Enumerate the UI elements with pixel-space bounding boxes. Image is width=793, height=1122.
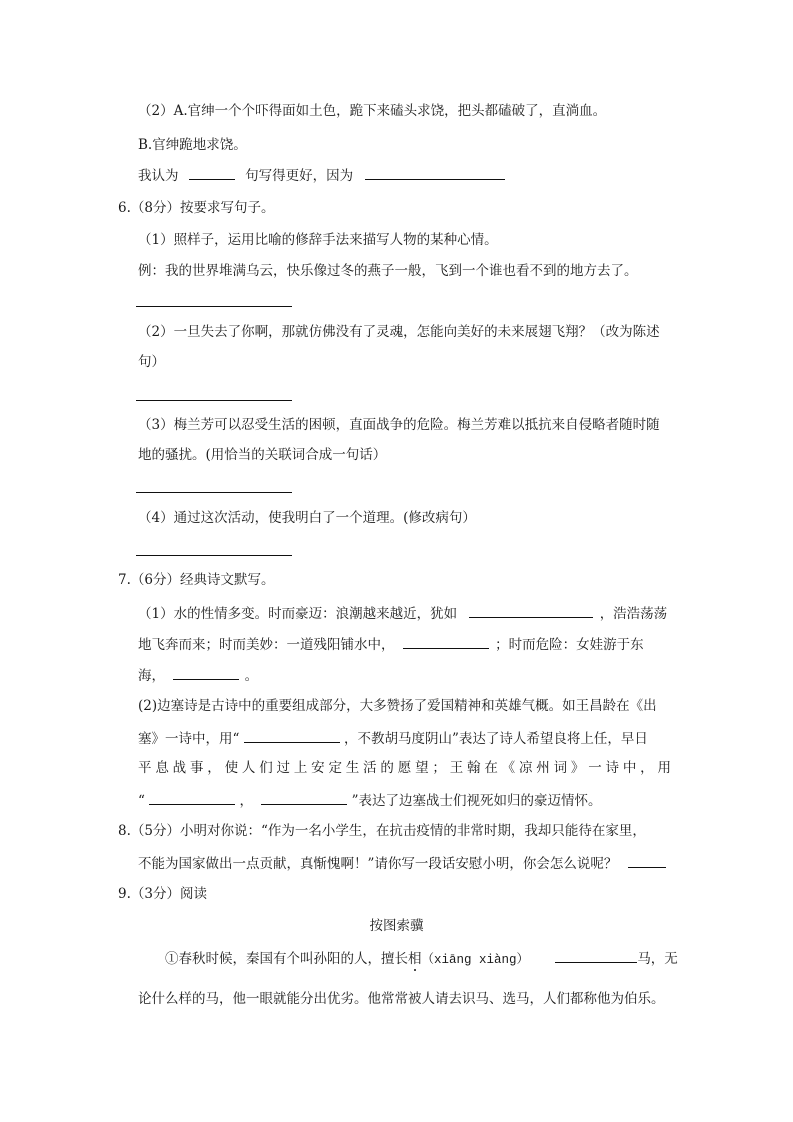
q7-blank-3[interactable] xyxy=(173,665,239,680)
q7-p2-text-e: ”表达了边塞战士们视死如归的豪迈情怀。 xyxy=(352,793,602,809)
q5-option-a: （2）A.官绅一个个吓得面如土色，跪下来磕头求饶，把头都磕破了，直淌血。 xyxy=(138,102,606,120)
q7-p2-line2: 塞》一诗中，用“ ，不教胡马度阴山”表达了诗人希望良将上任，早日 xyxy=(138,728,648,748)
q9-para1-text-a: ①春秋时候，秦国有个叫孙阳的人，擅长 xyxy=(165,951,408,967)
q6-p3-answer-blank[interactable] xyxy=(136,492,292,493)
q8-text: 不能为国家做出一点贡献，真惭愧啊！”请你写一段话安慰小明，你会怎么说呢？ xyxy=(138,856,617,872)
q8-line2: 不能为国家做出一点贡献，真惭愧啊！”请你写一段话安慰小明，你会怎么说呢？ xyxy=(138,853,666,873)
q9-heading: 9.（3分）阅读 xyxy=(118,885,207,903)
q6-heading: 6.（8分）按要求写句子。 xyxy=(118,199,274,217)
q7-p1-text-d: ；时而危险：女娃游于东 xyxy=(495,637,644,653)
q7-blank-6[interactable] xyxy=(261,790,347,805)
q8-answer-blank[interactable] xyxy=(628,853,666,868)
q7-p1-line1: （1）水的性情多变。时而豪迈：浪潮越来越近，犹如 ，浩浩荡荡 xyxy=(138,603,667,623)
q7-p1-line3: 海， 。 xyxy=(138,665,258,685)
q9-para1-line2: 论什么样的马，他一眼就能分出优劣。他常常被人请去识马、选马，人们都称他为伯乐。 xyxy=(138,990,665,1008)
q6-p2-line1: （2）一旦失去了你啊，那就仿佛没有了灵魂，怎能向美好的未来展翅飞翔？（改为陈述 xyxy=(138,323,660,341)
q6-p3-line1: （3）梅兰芳可以忍受生活的困顿，直面战争的危险。梅兰芳难以抵抗来自侵略者随时随 xyxy=(138,416,660,434)
q6-p1-example: 例：我的世界堆满乌云，快乐像过冬的燕子一般，飞到一个谁也看不到的地方去了。 xyxy=(138,262,638,280)
q7-p1-text-e: 海， xyxy=(138,668,165,684)
q5-reason-blank[interactable] xyxy=(365,165,505,180)
q5-answer-mid: 句写得更好，因为 xyxy=(245,168,353,184)
q7-blank-2[interactable] xyxy=(403,634,489,649)
q6-p3-line2: 地的骚扰。(用恰当的关联词合成一句话） xyxy=(138,446,386,464)
q7-p2-line1: (2)边塞诗是古诗中的重要组成部分，大多赞扬了爱国精神和英雄气概。如王昌龄在《出 xyxy=(138,697,657,715)
q6-p4: （4）通过这次活动，使我明白了一个道理。(修改病句） xyxy=(138,509,476,527)
q6-p1-instruction: （1）照样子，运用比喻的修辞手法来描写人物的某种心情。 xyxy=(138,231,498,249)
q9-pinyin-options: （xiāng xiàng） xyxy=(422,953,530,967)
q7-p2-text-d: ， xyxy=(240,793,254,809)
q6-p1-answer-blank[interactable] xyxy=(136,306,292,307)
q7-p1-text-c: 地飞奔而来；时而美妙：一道残阳铺水中， xyxy=(138,637,395,653)
q7-p1-line2: 地飞奔而来；时而美妙：一道残阳铺水中， ；时而危险：女娃游于东 xyxy=(138,634,644,654)
q9-dotted-char: 相 xyxy=(408,951,422,967)
q9-pinyin-blank[interactable] xyxy=(555,948,637,963)
q7-p2-text-b: ，不教胡马度阴山”表达了诗人希望良将上任，早日 xyxy=(344,731,648,747)
q6-p2-line2: 句） xyxy=(138,353,165,371)
q9-para1-line1: ①春秋时候，秦国有个叫孙阳的人，擅长相（xiāng xiàng） 马，无 xyxy=(165,948,678,969)
q7-blank-5[interactable] xyxy=(149,790,235,805)
q7-p1-text-b: ，浩浩荡荡 xyxy=(600,606,668,622)
q9-para1-text-b: 马，无 xyxy=(637,951,678,967)
q8-line1: 8.（5分）小明对你说：“作为一名小学生，在抗击疫情的非常时期，我却只能待在家里… xyxy=(118,822,646,840)
q7-p2-text-a: 塞》一诗中，用“ xyxy=(138,731,239,747)
q7-blank-4[interactable] xyxy=(244,728,340,743)
q5-choice-blank[interactable] xyxy=(189,165,235,180)
q7-heading: 7.（6分）经典诗文默写。 xyxy=(118,571,274,589)
q5-answer-prefix: 我认为 xyxy=(138,168,179,184)
q7-p2-text-c: “ xyxy=(138,793,145,809)
q7-p2-line3: 平息战事，使人们过上安定生活的愿望；王翰在《凉州词》一诗中，用 xyxy=(138,759,674,777)
q6-p4-answer-blank[interactable] xyxy=(136,555,292,556)
q5-answer-line: 我认为 句写得更好，因为 xyxy=(138,165,505,185)
q5-option-b: B.官绅跪地求饶。 xyxy=(138,136,247,154)
q7-p2-line4: “ ， ”表达了边塞战士们视死如归的豪迈情怀。 xyxy=(138,790,602,810)
q6-p2-answer-blank[interactable] xyxy=(136,400,292,401)
passage-title: 按图索骥 xyxy=(0,917,793,935)
q7-p1-text-f: 。 xyxy=(245,668,259,684)
q7-p1-text-a: （1）水的性情多变。时而豪迈：浪潮越来越近，犹如 xyxy=(138,606,457,622)
q7-blank-1[interactable] xyxy=(469,603,593,618)
